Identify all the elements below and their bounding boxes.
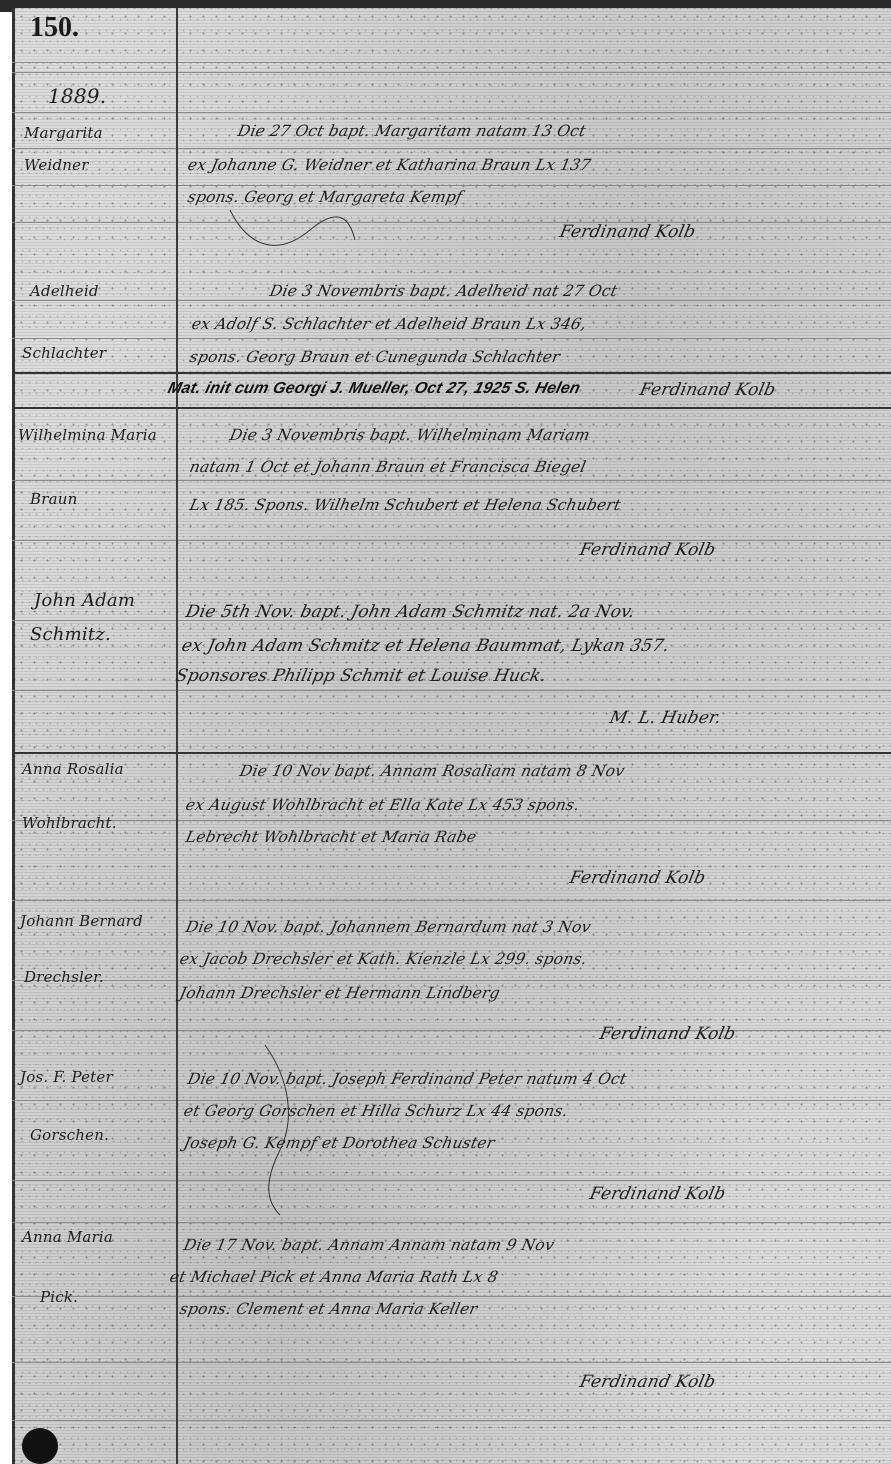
- ruled-line: [12, 820, 891, 821]
- ruled-line: [12, 62, 891, 63]
- ruled-line: [12, 372, 891, 374]
- entry-line: Die 5th Nov. bapt. John Adam Schmitz nat…: [184, 602, 637, 622]
- entry-line: Die 17 Nov. bapt. Annam Annam natam 9 No…: [182, 1236, 556, 1254]
- entry-line: ex Johanne G. Weidner et Katharina Braun…: [186, 156, 592, 174]
- ruled-line: [12, 900, 891, 901]
- ruled-line: [12, 112, 891, 113]
- margin-name-surname: Drechsler.: [24, 968, 104, 986]
- ruled-line: [12, 338, 891, 339]
- register-year: 1889.: [48, 84, 106, 108]
- margin-name-given: Anna Maria: [22, 1228, 113, 1246]
- margin-name-given: Jos. F. Peter: [20, 1068, 113, 1086]
- margin-name-given: Adelheid: [30, 282, 99, 300]
- ruled-line: [12, 1420, 891, 1421]
- stray-pen-line: [260, 1040, 320, 1220]
- entry-line: Joseph G. Kempf et Dorothea Schuster: [182, 1134, 496, 1152]
- priest-signature: Ferdinand Kolb: [568, 868, 708, 888]
- entry-line: Die 3 Novembris bapt. Wilhelminam Mariam: [228, 426, 592, 444]
- ruled-line: [12, 1180, 891, 1181]
- entry-line: Sponsores Philipp Schmit et Louise Huck.: [174, 666, 548, 686]
- ruled-line: [12, 1296, 891, 1297]
- ink-blot: [22, 1428, 58, 1464]
- entry-line: Johann Drechsler et Hermann Lindberg: [178, 984, 502, 1002]
- ruled-line: [12, 980, 891, 981]
- priest-signature: Ferdinand Kolb: [558, 222, 698, 242]
- ruled-line: [12, 690, 891, 691]
- priest-signature: Ferdinand Kolb: [598, 1024, 738, 1044]
- ruled-line: [12, 752, 891, 754]
- entry-line: spons. Clement et Anna Maria Keller: [178, 1300, 479, 1318]
- ruled-line: [12, 1100, 891, 1101]
- priest-signature: Ferdinand Kolb: [578, 540, 718, 560]
- ruled-line: [12, 480, 891, 481]
- entry-line: Lx 185. Spons. Wilhelm Schubert et Helen…: [188, 496, 622, 514]
- entry-line: Die 10 Nov. bapt. Joseph Ferdinand Peter…: [186, 1070, 628, 1088]
- priest-signature: M. L. Huber.: [608, 708, 723, 728]
- entry-line: ex Adolf S. Schlachter et Adelheid Braun…: [190, 315, 588, 333]
- margin-name-surname: Gorschen.: [30, 1126, 109, 1144]
- entry-line: Die 10 Nov bapt. Annam Rosaliam natam 8 …: [238, 762, 626, 780]
- ruled-line: [12, 72, 891, 73]
- entry-line: Die 27 Oct bapt. Margaritam natam 13 Oct: [236, 122, 587, 140]
- margin-name-given: John Adam: [34, 590, 135, 611]
- margin-name-surname: Weidner: [24, 156, 89, 174]
- ruled-line: [12, 148, 891, 149]
- entry-line: et Georg Gorschen et Hilla Schurz Lx 44 …: [182, 1102, 570, 1120]
- entry-line: ex Jacob Drechsler et Kath. Kienzle Lx 2…: [178, 950, 589, 968]
- ruled-line: [12, 1030, 891, 1031]
- entry-line: Lebrecht Wohlbracht et Maria Rabe: [184, 828, 478, 846]
- ruled-line: [12, 222, 891, 223]
- margin-name-given: Johann Bernard: [20, 912, 143, 930]
- ruled-line: [12, 1222, 891, 1223]
- page-number: 150.: [30, 12, 79, 44]
- margin-name-given: Wilhelmina Maria: [18, 426, 157, 444]
- entry-line: natam 1 Oct et Johann Braun et Francisca…: [188, 458, 588, 476]
- margin-name-surname: Braun: [30, 490, 77, 508]
- margin-name-surname: Schlachter: [22, 344, 106, 362]
- ruled-line: [12, 540, 891, 541]
- pen-flourish: [220, 200, 360, 260]
- entry-line: et Michael Pick et Anna Maria Rath Lx 8: [168, 1268, 500, 1286]
- margin-column-divider: [176, 8, 178, 1464]
- margin-name-surname: Pick.: [40, 1288, 78, 1306]
- priest-signature: Ferdinand Kolb: [588, 1184, 728, 1204]
- entry-line: ex John Adam Schmitz et Helena Baummat, …: [180, 636, 671, 656]
- marriage-annotation: Mat. init cum Georgi J. Mueller, Oct 27,…: [166, 380, 582, 398]
- ruled-line: [12, 407, 891, 409]
- margin-name-given: Margarita: [24, 124, 103, 142]
- ruled-line: [12, 1362, 891, 1363]
- ruled-line: [12, 185, 891, 186]
- priest-signature: Ferdinand Kolb: [578, 1372, 718, 1392]
- entry-line: Die 3 Novembris bapt. Adelheid nat 27 Oc…: [268, 282, 619, 300]
- margin-name-given: Anna Rosalia: [22, 760, 124, 778]
- entry-line: spons. Georg Braun et Cunegunda Schlacht…: [188, 348, 562, 366]
- margin-name-surname: Schmitz.: [30, 624, 111, 645]
- margin-name-surname: Wohlbracht.: [22, 814, 117, 832]
- priest-signature: Ferdinand Kolb: [638, 380, 778, 400]
- ruled-line: [12, 300, 891, 301]
- entry-line: Die 10 Nov. bapt. Johannem Bernardum nat…: [184, 918, 592, 936]
- entry-line: ex August Wohlbracht et Ella Kate Lx 453…: [184, 796, 581, 814]
